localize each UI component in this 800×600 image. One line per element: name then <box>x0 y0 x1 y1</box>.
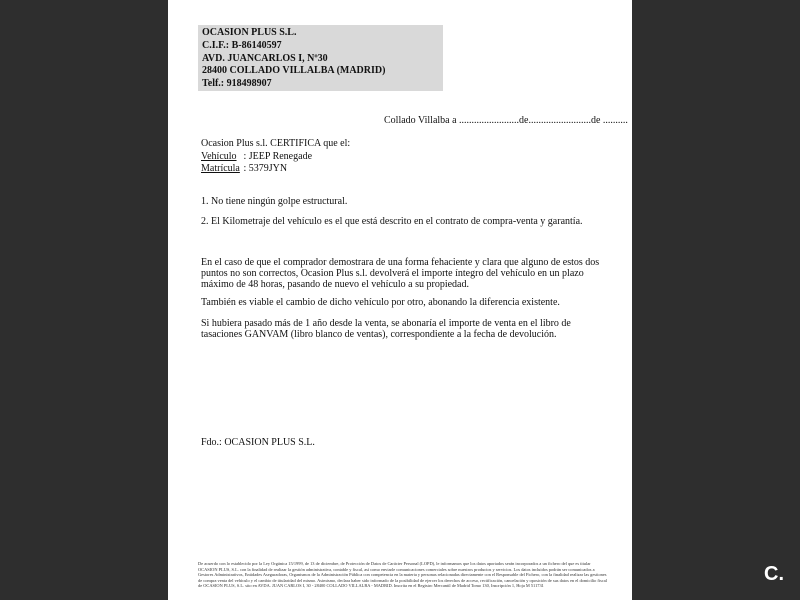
signature-line: Fdo.: OCASION PLUS S.L. <box>201 437 315 450</box>
refund-paragraph: En el caso de que el comprador demostrar… <box>201 257 611 291</box>
document-page: OCASION PLUS S.L. C.I.F.: B-86140597 AVD… <box>168 0 632 600</box>
vehicle-field: Vehículo : JEEP Renegade <box>201 151 312 164</box>
plate-field: Matrícula : 5379JYN <box>201 163 287 176</box>
ganvam-paragraph: Si hubiera pasado más de 1 año desde la … <box>201 318 611 340</box>
vehicle-label: Vehículo <box>201 151 241 164</box>
certificate-intro: Ocasion Plus s.l. CERTIFICA que el: <box>201 138 350 151</box>
company-name: OCASION PLUS S.L. <box>202 27 443 40</box>
company-header-box: OCASION PLUS S.L. C.I.F.: B-86140597 AVD… <box>198 25 443 91</box>
brand-logo: C. <box>764 563 784 586</box>
point-1: 1. No tiene ningún golpe estructural. <box>201 196 347 209</box>
company-address: AVD. JUANCARLOS I, Nº30 <box>202 53 443 66</box>
vehicle-value: : JEEP Renegade <box>244 151 313 162</box>
exchange-paragraph: También es viable el cambio de dicho veh… <box>201 297 611 308</box>
company-city: 28400 COLLADO VILLALBA (MADRID) <box>202 65 443 78</box>
plate-label: Matrícula <box>201 163 241 176</box>
company-phone: Telf.: 918498907 <box>202 78 443 91</box>
point-2: 2. El Kilometraje del vehículo es el que… <box>201 216 583 229</box>
company-cif: C.I.F.: B-86140597 <box>202 40 443 53</box>
date-line: Collado Villalba a .....................… <box>384 115 628 126</box>
plate-value: : 5379JYN <box>244 163 288 174</box>
legal-footer: De acuerdo con lo establecido por la Ley… <box>198 561 610 589</box>
